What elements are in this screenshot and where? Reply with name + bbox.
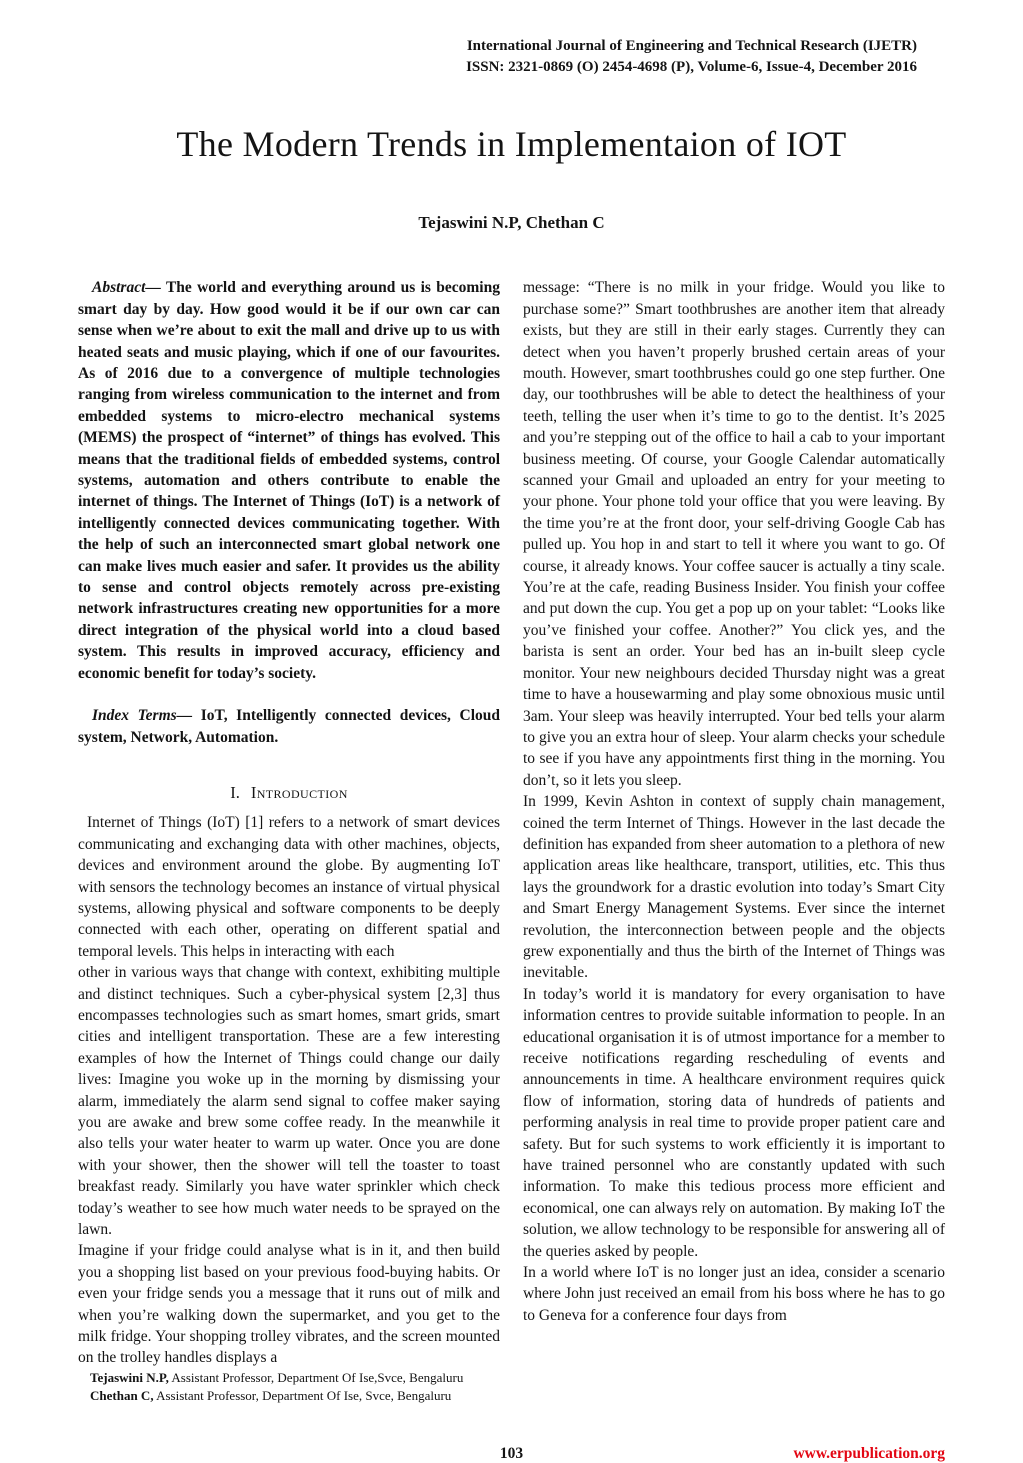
body-paragraph-4: In a world where IoT is no longer just a… [523,1262,945,1326]
issn-volume-line: ISSN: 2321-0869 (O) 2454-4698 (P), Volum… [78,57,917,78]
footnote-author-2-affiliation: Assistant Professor, Department Of Ise, … [154,1388,452,1403]
footnote-line-1: Tejaswini N.P, Assistant Professor, Depa… [90,1369,500,1387]
footnote-line-2: Chethan C, Assistant Professor, Departme… [90,1387,500,1405]
two-column-body: Abstract— The world and everything aroun… [78,277,945,1405]
paper-page: International Journal of Engineering and… [0,0,1023,1447]
right-column: message: “There is no milk in your fridg… [523,277,945,1405]
journal-header: International Journal of Engineering and… [78,36,945,77]
intro-paragraph-1: Internet of Things (IoT) [1] refers to a… [78,812,500,962]
authors-line: Tejaswini N.P, Chethan C [78,213,945,233]
footnote-author-2-name: Chethan C, [90,1388,154,1403]
author-footnote: Tejaswini N.P, Assistant Professor, Depa… [78,1369,500,1405]
intro-paragraph-2: other in various ways that change with c… [78,962,500,1240]
abstract-paragraph: Abstract— The world and everything aroun… [78,277,500,684]
body-paragraph-1: message: “There is no milk in your fridg… [523,277,945,791]
footnote-author-1-affiliation: Assistant Professor, Department Of Ise,S… [169,1370,463,1385]
abstract-text: The world and everything around us is be… [78,279,500,681]
abstract-label: Abstract— [92,279,161,296]
section-title: Introduction [251,783,348,802]
body-paragraph-3: In today’s world it is mandatory for eve… [523,984,945,1262]
body-paragraph-2: In 1999, Kevin Ashton in context of supp… [523,791,945,984]
journal-name: International Journal of Engineering and… [78,36,917,57]
index-terms-paragraph: Index Terms— IoT, Intelligently connecte… [78,705,500,748]
left-column: Abstract— The world and everything aroun… [78,277,500,1405]
footnote-author-1-name: Tejaswini N.P, [90,1370,169,1385]
index-terms-label: Index Terms— [92,707,192,724]
paper-title: The Modern Trends in Implementaion of IO… [78,123,945,165]
section-heading-introduction: I.Introduction [78,782,500,803]
intro-paragraph-3: Imagine if your fridge could analyse wha… [78,1240,500,1368]
section-number: I. [230,783,240,802]
publisher-url[interactable]: www.erpublication.org [793,1445,945,1463]
page-number: 103 [500,1445,523,1463]
